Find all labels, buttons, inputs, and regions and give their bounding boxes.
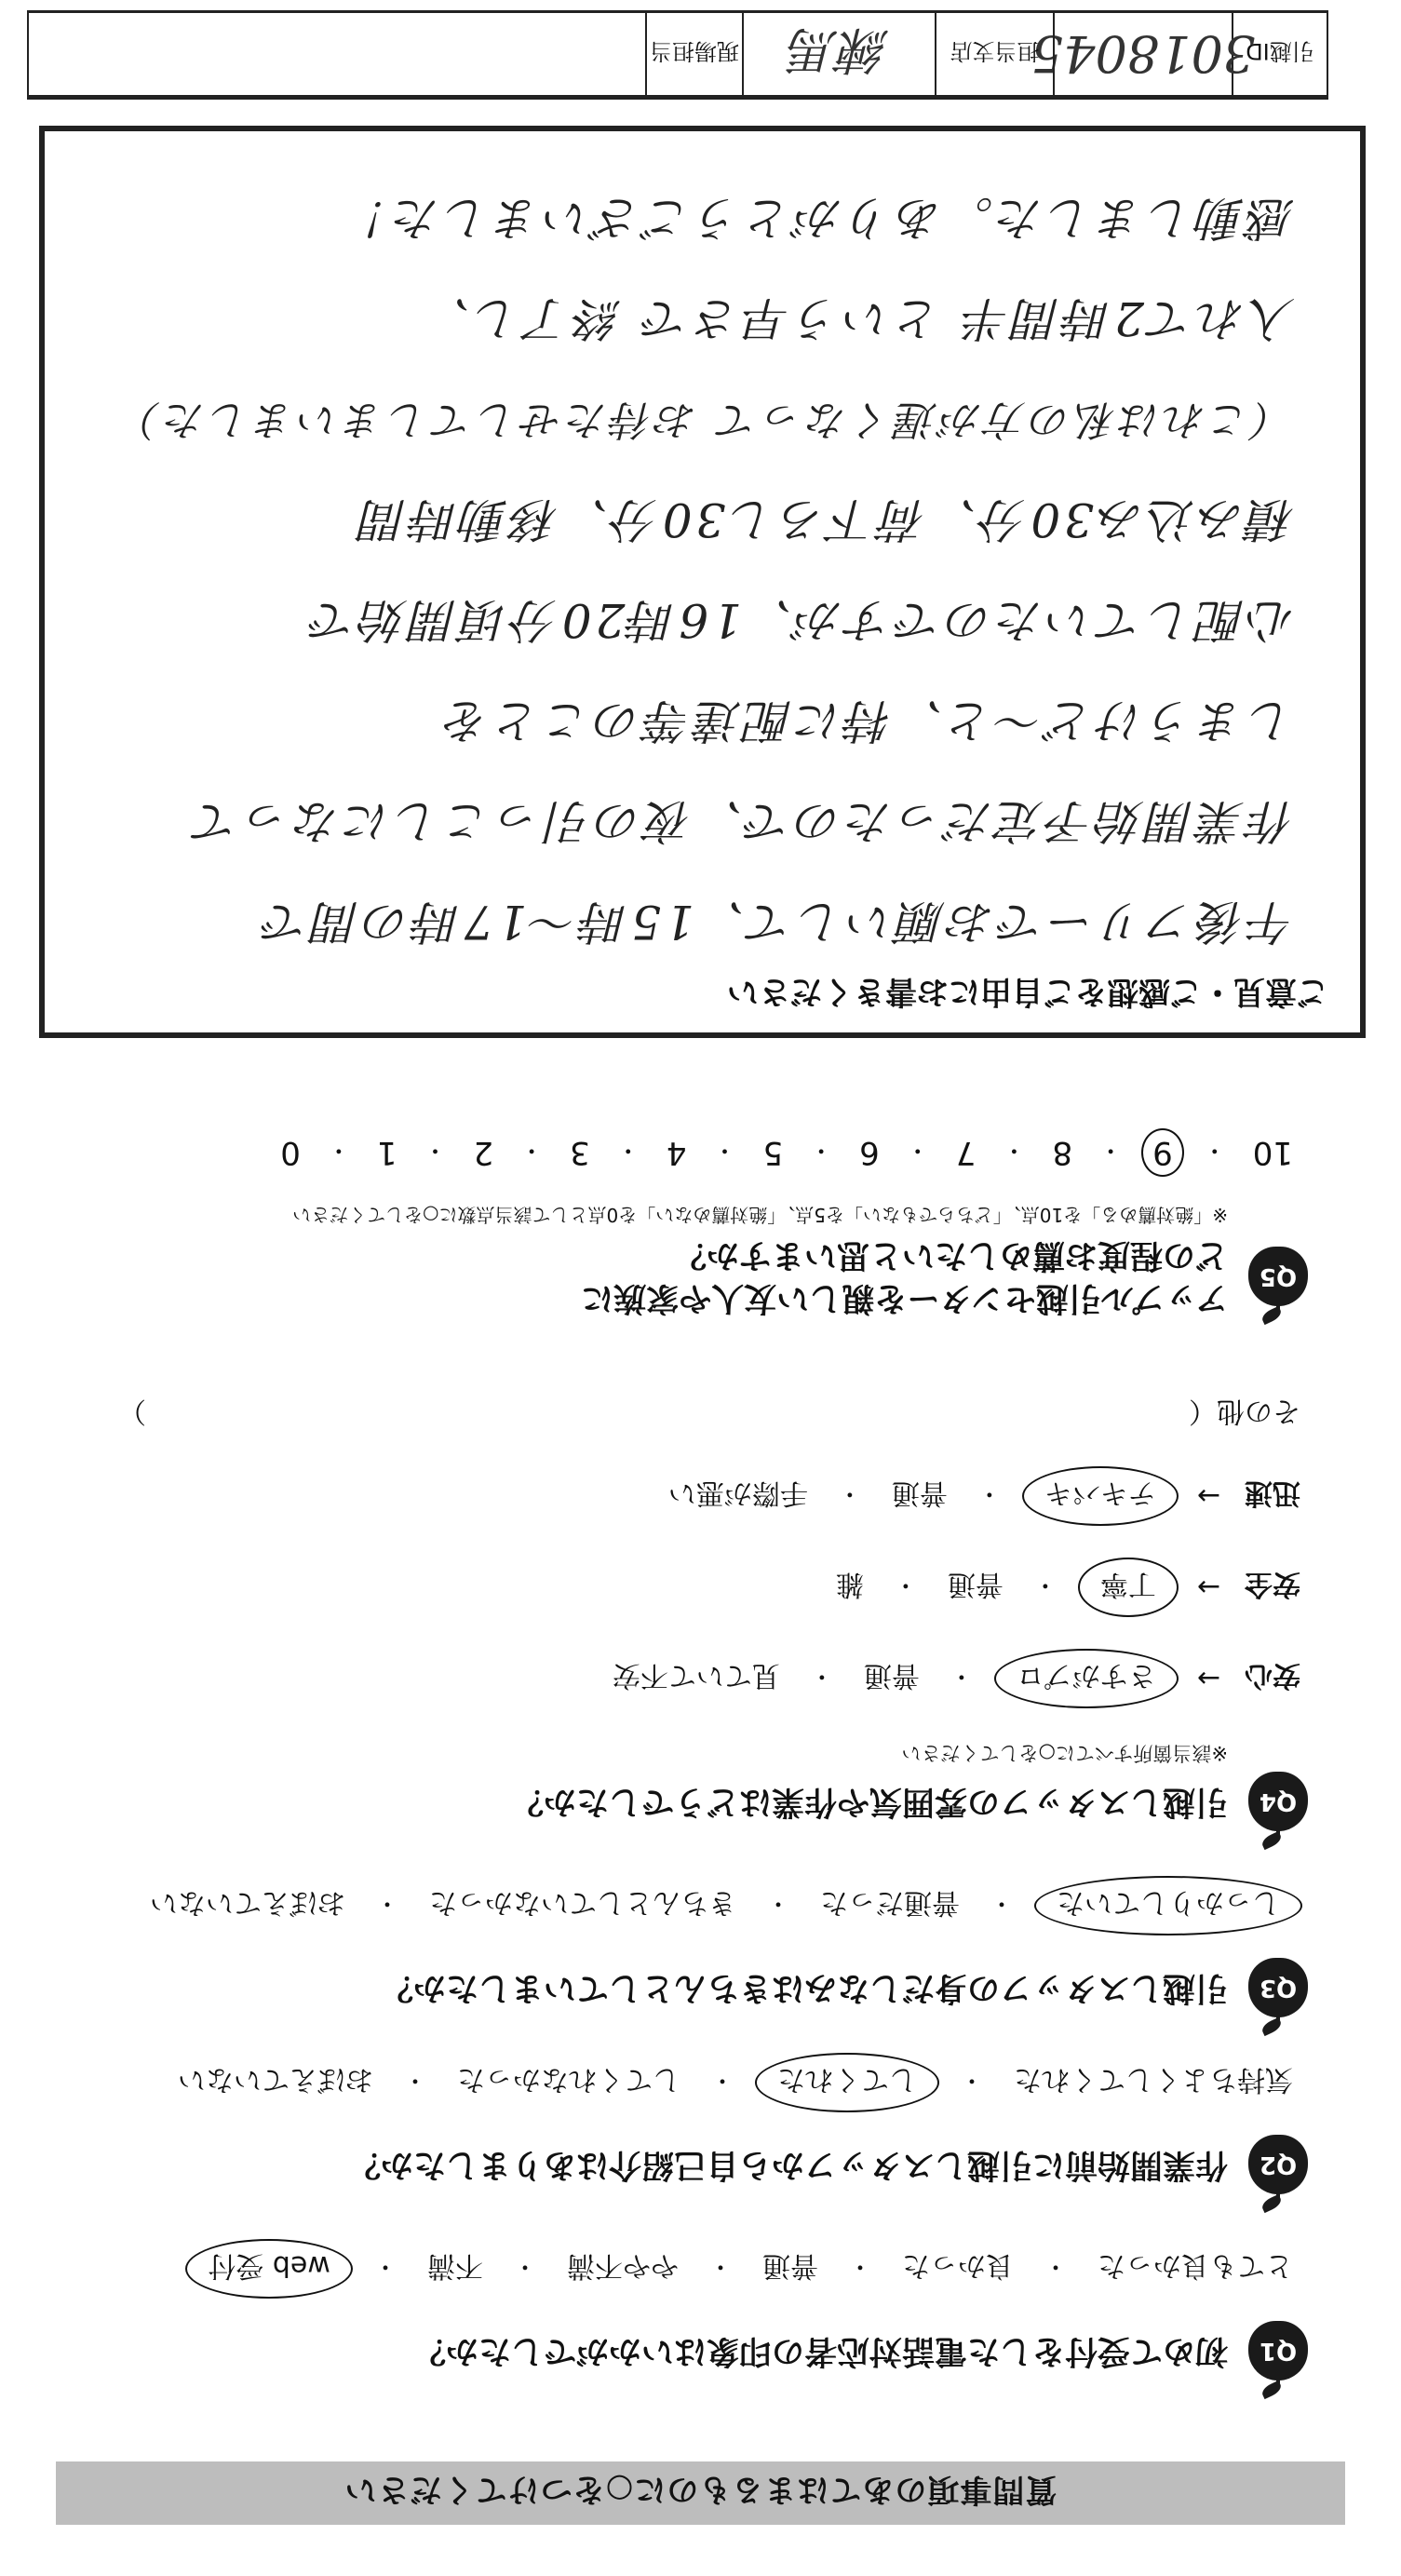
- q4-speed-option-efficient-selected[interactable]: テキパキ: [1022, 1466, 1179, 1526]
- apple-q3-icon: Q3: [1248, 1958, 1308, 2017]
- arrow-right-icon: →: [1197, 1480, 1220, 1513]
- q1-option-very-good[interactable]: とても良かった: [1088, 2241, 1302, 2297]
- site-staff-value[interactable]: [27, 13, 647, 95]
- q4-reassurance-option-anxious[interactable]: 見ていて不安: [603, 1651, 789, 1706]
- q3-option-normal[interactable]: 普通だった: [811, 1878, 969, 1934]
- question-4: Q4 引越しスタッフの雰囲気や作業はどうでしたか？ ※該当箇所すべてに○をしてく…: [42, 1394, 1308, 1831]
- question-3-text: 引越しスタッフの身だしなみはきちんとしていましたか？: [381, 1966, 1228, 2009]
- comment-line: 心配していたのですが、16時20分頃開始で: [45, 570, 1295, 670]
- q4-row-label: 安全: [1235, 1567, 1300, 1608]
- q1-option-dissatisfied[interactable]: 不満: [418, 2241, 492, 2297]
- record-info-table: 引越ID 3018045 担当支店 練馬 現場担当: [27, 10, 1328, 100]
- question-4-text: 引越しスタッフの雰囲気や作業はどうでしたか？: [511, 1780, 1228, 1823]
- q4-row-safety: 安全 → 丁寧・ 普通・ 雑: [42, 1558, 1300, 1617]
- q4-other-row: その他（ ）: [118, 1394, 1300, 1435]
- arrow-right-icon: →: [1197, 1663, 1220, 1695]
- apple-q2-icon: Q2: [1248, 2135, 1308, 2194]
- question-2-text: 作業開始前に引越しスタッフから自己紹介はありましたか？: [348, 2143, 1228, 2186]
- question-5-note: ※「絶対薦める」を10点、「どちらでもない」を5点、「絶対薦めない」を0点として…: [42, 1203, 1228, 1230]
- scale-4[interactable]: 4: [659, 1130, 694, 1175]
- comments-title: ご意見・ご感想をご自由にお書きください: [45, 972, 1328, 1018]
- q4-reassurance-option-normal[interactable]: 普通: [855, 1651, 929, 1706]
- q3-option-dont-remember[interactable]: おぼえていない: [141, 1878, 355, 1934]
- question-1-text: 初めて受付をした電話対応者の印象はいかがでしたか？: [413, 2329, 1228, 2372]
- scale-3[interactable]: 3: [562, 1130, 598, 1175]
- move-id-value[interactable]: 3018045: [1055, 13, 1233, 95]
- q2-option-dont-remember[interactable]: おぼえていない: [168, 2055, 383, 2111]
- q1-option-web-reception-selected[interactable]: web 受付: [185, 2239, 353, 2299]
- q4-safety-option-careful-selected[interactable]: 丁寧: [1078, 1558, 1179, 1617]
- q4-other-label: その他（: [1189, 1394, 1300, 1435]
- scale-9-selected[interactable]: 9: [1141, 1128, 1184, 1177]
- comment-line: 作業開始予定だったので、夜の引っこしになって: [45, 771, 1295, 871]
- q4-reassurance-option-professional-selected[interactable]: さすがプロ: [994, 1649, 1179, 1708]
- q1-option-good[interactable]: 良かった: [893, 2241, 1023, 2297]
- q4-speed-option-clumsy[interactable]: 手際が悪い: [659, 1468, 817, 1524]
- comment-line: 感動しました。ありがとうございました！: [45, 168, 1295, 268]
- q1-option-slightly-dissatisfied[interactable]: やや不満: [558, 2241, 688, 2297]
- q4-row-reassurance: 安心 → さすがプロ・ 普通・ 見ていて不安: [42, 1649, 1300, 1708]
- handwritten-comments: 午後フリーでお願いして、15時〜17時の間で 作業開始予定だったので、夜の引っこ…: [45, 168, 1295, 972]
- recommendation-scale: 10・ 9・ 8・ 7・ 6・ 5・ 4・ 3・ 2・ 1・ 0: [42, 1128, 1300, 1177]
- q1-option-normal[interactable]: 普通: [753, 2241, 828, 2297]
- question-5-text-line2: どの程度お薦めしたいと思いますか？: [581, 1234, 1228, 1276]
- q2-option-did-not[interactable]: してくれなかった: [448, 2055, 690, 2111]
- scale-2[interactable]: 2: [465, 1130, 501, 1175]
- instructions-banner: 質問事項のあてはまるものに○をつけてください: [56, 2461, 1345, 2525]
- scale-1[interactable]: 1: [370, 1130, 405, 1175]
- comment-line: （これは私の方が遅くなって お待たせしてしまいました）: [45, 369, 1295, 469]
- comments-box[interactable]: ご意見・ご感想をご自由にお書きください 午後フリーでお願いして、15時〜17時の…: [39, 126, 1366, 1038]
- q4-row-speed: 迅速 → テキパキ・ 普通・ 手際が悪い: [42, 1466, 1300, 1526]
- question-3-options: しっかりしていた・ 普通だった・ きちんとしていなかった・ おぼえていない: [42, 1876, 1302, 1935]
- survey-form-page: 質問事項のあてはまるものに○をつけてください Q1 初めて受付をした電話対応者の…: [0, 0, 1401, 2576]
- comment-line: しまうけど〜と、特に配達等のことを: [45, 670, 1295, 771]
- apple-q1-icon: Q1: [1248, 2321, 1308, 2380]
- question-1: Q1 初めて受付をした電話対応者の印象はいかがでしたか？ とても良かった・ 良か…: [42, 2239, 1308, 2380]
- question-5-text-line1: アップル引越センターを親しい友人や家族に: [581, 1276, 1228, 1319]
- question-5: Q5 アップル引越センターを親しい友人や家族に どの程度お薦めしたいと思いますか…: [42, 1128, 1308, 1319]
- question-1-options: とても良かった・ 良かった・ 普通・ やや不満・ 不満・ web 受付: [42, 2239, 1302, 2299]
- branch-value[interactable]: 練馬: [744, 13, 936, 95]
- q4-row-label: 安心: [1235, 1658, 1300, 1699]
- q4-safety-option-normal[interactable]: 普通: [938, 1559, 1013, 1615]
- site-staff-label: 現場担当: [647, 13, 744, 95]
- branch-label: 担当支店: [936, 13, 1055, 95]
- q4-safety-option-rough[interactable]: 雑: [827, 1559, 873, 1615]
- comment-line: 午後フリーでお願いして、15時〜17時の間で: [45, 871, 1295, 972]
- question-2: Q2 作業開始前に引越しスタッフから自己紹介はありましたか？ 気持ちよくしてくれ…: [42, 2053, 1308, 2194]
- scale-6[interactable]: 6: [852, 1130, 887, 1175]
- scale-7[interactable]: 7: [949, 1130, 984, 1175]
- scale-5[interactable]: 5: [755, 1130, 790, 1175]
- q2-option-pleasantly[interactable]: 気持ちよくしてくれた: [1004, 2055, 1302, 2111]
- question-3: Q3 引越しスタッフの身だしなみはきちんとしていましたか？ しっかりしていた・ …: [42, 1876, 1308, 2017]
- q4-row-label: 迅速: [1235, 1476, 1300, 1517]
- q3-option-neat-selected[interactable]: しっかりしていた: [1034, 1876, 1302, 1935]
- question-4-note: ※該当箇所すべてに○をしてください: [42, 1740, 1228, 1768]
- scale-0[interactable]: 0: [273, 1130, 308, 1175]
- q4-other-close: ）: [118, 1394, 146, 1435]
- apple-q4-icon: Q4: [1248, 1772, 1308, 1831]
- apple-q5-icon: Q5: [1248, 1247, 1308, 1306]
- q2-option-did-selected[interactable]: してくれた: [755, 2053, 939, 2112]
- comment-line: 積み込み30分、荷下ろし30分、移動時間: [45, 469, 1295, 570]
- arrow-right-icon: →: [1197, 1571, 1220, 1604]
- comment-line: 入れて2時間半 という早さで 終了し、: [45, 268, 1295, 369]
- scale-10[interactable]: 10: [1246, 1130, 1300, 1175]
- q3-option-not-neat[interactable]: きちんとしていなかった: [420, 1878, 746, 1934]
- question-2-options: 気持ちよくしてくれた・ してくれた・ してくれなかった・ おぼえていない: [42, 2053, 1302, 2112]
- scale-8[interactable]: 8: [1044, 1130, 1080, 1175]
- q4-speed-option-normal[interactable]: 普通: [882, 1468, 957, 1524]
